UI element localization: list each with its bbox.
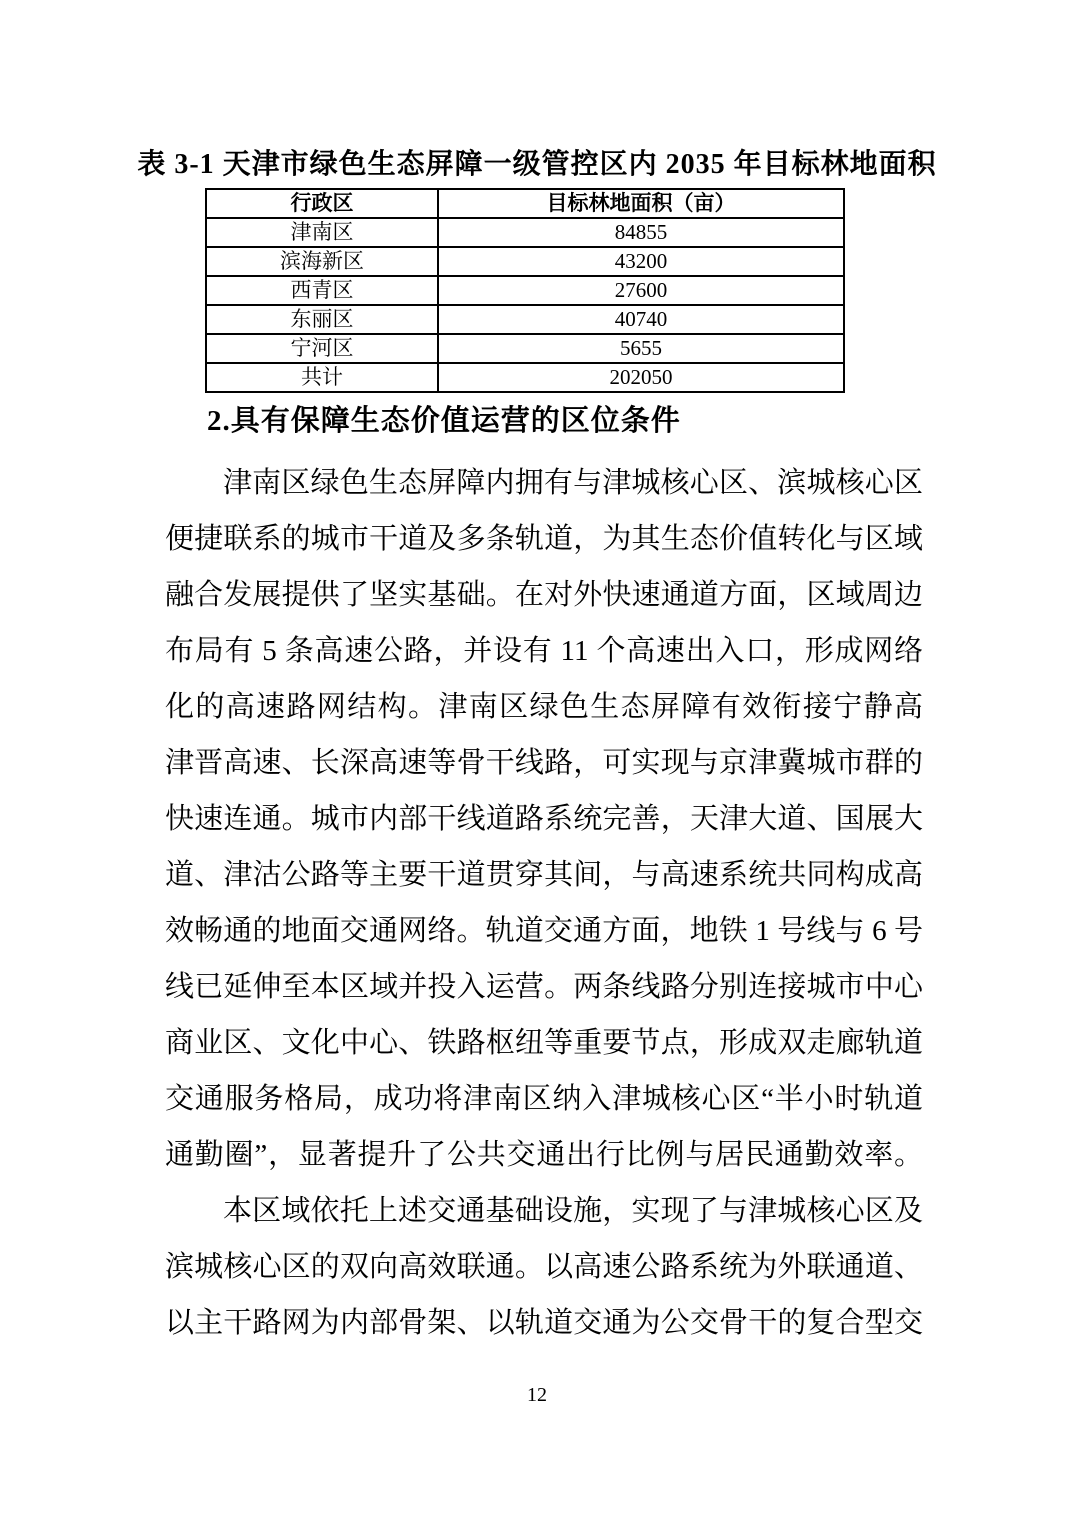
paragraph-1-line: 津晋高速、长深高速等骨干线路，可实现与京津冀城市群的 [165, 735, 923, 791]
area-cell: 84855 [438, 218, 844, 247]
region-cell: 滨海新区 [206, 247, 438, 276]
area-cell: 43200 [438, 247, 844, 276]
paragraph-1-line: 效畅通的地面交通网络。轨道交通方面，地铁 1 号线与 6 号 [165, 903, 923, 959]
table-row: 宁河区 5655 [206, 334, 844, 363]
area-cell: 202050 [438, 363, 844, 392]
table-row: 滨海新区 43200 [206, 247, 844, 276]
table-row: 西青区 27600 [206, 276, 844, 305]
paragraph-1-line: 道、津沽公路等主要干道贯穿其间，与高速系统共同构成高 [165, 847, 923, 903]
paragraph-2-line: 滨城核心区的双向高效联通。以高速公路系统为外联通道、 [165, 1239, 923, 1295]
paragraph-1-line: 快速连通。城市内部干线道路系统完善，天津大道、国展大 [165, 791, 923, 847]
paragraph-1-line: 布局有 5 条高速公路，并设有 11 个高速出入口，形成网络 [165, 623, 923, 679]
paragraph-1-line: 化的高速路网结构。津南区绿色生态屏障有效衔接宁静高速、 [165, 679, 923, 735]
table-row: 东丽区 40740 [206, 305, 844, 334]
column-header-region: 行政区 [206, 189, 438, 218]
column-header-area: 目标林地面积（亩） [438, 189, 844, 218]
paragraph-1-line: 津南区绿色生态屏障内拥有与津城核心区、滨城核心区 [165, 455, 923, 511]
paragraph-2-line: 以主干路网为内部骨架、以轨道交通为公交骨干的复合型交 [165, 1295, 923, 1351]
forest-area-table: 行政区 目标林地面积（亩） 津南区 84855 滨海新区 43200 西青区 2… [205, 188, 845, 393]
paragraph-1-line: 便捷联系的城市干道及多条轨道，为其生态价值转化与区域 [165, 511, 923, 567]
area-cell: 40740 [438, 305, 844, 334]
region-cell: 宁河区 [206, 334, 438, 363]
paragraph-2-line: 本区域依托上述交通基础设施，实现了与津城核心区及 [165, 1183, 923, 1239]
section-heading: 2.具有保障生态价值运营的区位条件 [207, 398, 681, 439]
area-cell: 27600 [438, 276, 844, 305]
paragraph-1-line: 线已延伸至本区域并投入运营。两条线路分别连接城市中心 [165, 959, 923, 1015]
paragraph-1-line: 通勤圈”，显著提升了公共交通出行比例与居民通勤效率。 [165, 1127, 923, 1183]
paragraph-1-line: 融合发展提供了坚实基础。在对外快速通道方面，区域周边 [165, 567, 923, 623]
body-text: 津南区绿色生态屏障内拥有与津城核心区、滨城核心区 便捷联系的城市干道及多条轨道，… [165, 455, 923, 1351]
paragraph-1-line: 商业区、文化中心、铁路枢纽等重要节点，形成双走廊轨道 [165, 1015, 923, 1071]
table-row: 共计 202050 [206, 363, 844, 392]
table-row: 津南区 84855 [206, 218, 844, 247]
region-cell: 津南区 [206, 218, 438, 247]
area-cell: 5655 [438, 334, 844, 363]
region-cell: 东丽区 [206, 305, 438, 334]
paragraph-1-line: 交通服务格局，成功将津南区纳入津城核心区“半小时轨道 [165, 1071, 923, 1127]
page-number: 12 [0, 1384, 1074, 1407]
region-cell: 共计 [206, 363, 438, 392]
table-header-row: 行政区 目标林地面积（亩） [206, 189, 844, 218]
region-cell: 西青区 [206, 276, 438, 305]
document-page: 表 3-1 天津市绿色生态屏障一级管控区内 2035 年目标林地面积 行政区 目… [0, 0, 1074, 1520]
table-caption: 表 3-1 天津市绿色生态屏障一级管控区内 2035 年目标林地面积 [0, 142, 1074, 182]
